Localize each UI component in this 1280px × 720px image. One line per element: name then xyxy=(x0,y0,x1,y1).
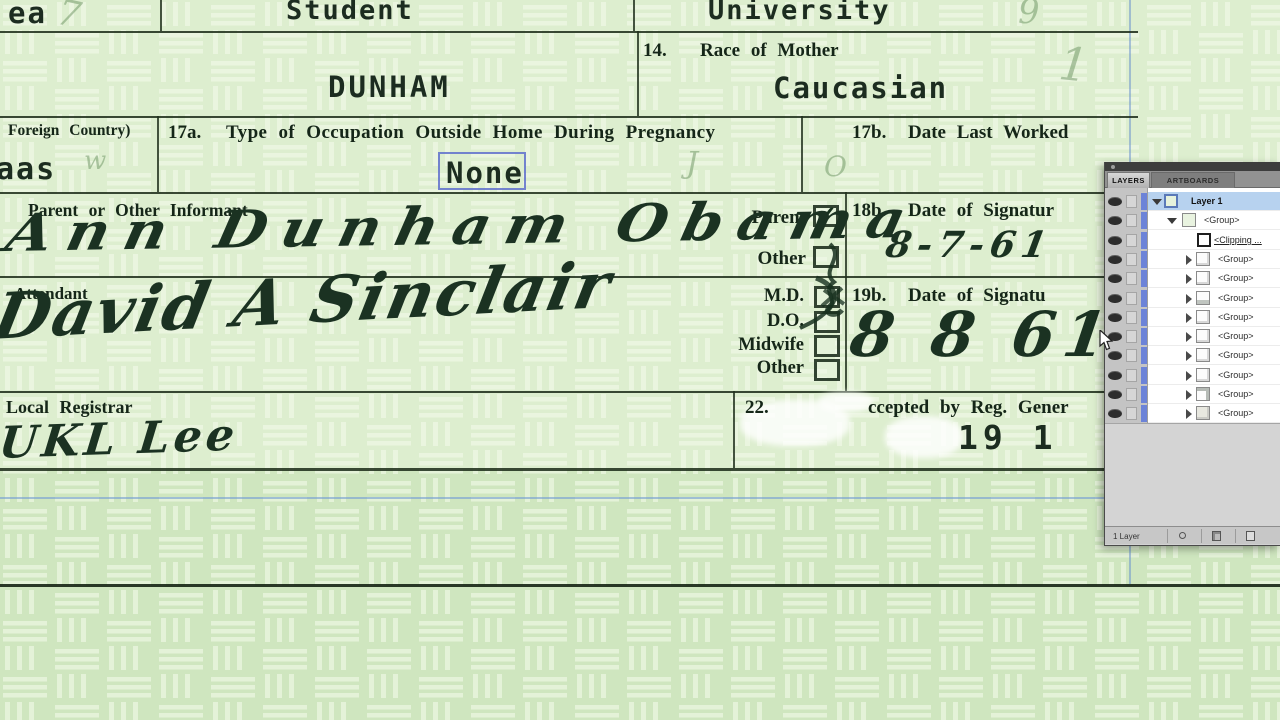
faint-blue-rule xyxy=(0,497,1280,499)
layer-thumbnail[interactable] xyxy=(1196,387,1210,401)
illustrator-canvas: ea Student University DUNHAM Caucasian a… xyxy=(0,0,1280,720)
expand-triangle-icon[interactable] xyxy=(1186,313,1192,323)
race-of-mother-value: Caucasian xyxy=(773,71,948,105)
maiden-name-value: DUNHAM xyxy=(328,70,451,104)
lock-toggle[interactable] xyxy=(1126,369,1137,382)
layer-name[interactable]: Layer 1 xyxy=(1191,196,1223,206)
employer-value: University xyxy=(708,0,891,26)
selection-column-bar xyxy=(1141,232,1147,249)
selection-column-bar xyxy=(1141,193,1147,210)
expand-triangle-icon[interactable] xyxy=(1186,294,1192,304)
expand-triangle-icon[interactable] xyxy=(1186,409,1192,419)
lock-toggle[interactable] xyxy=(1126,195,1137,208)
layer-row[interactable]: <Clipping ... xyxy=(1105,231,1280,250)
panel-tab-bar: LAYERS ARTBOARDS xyxy=(1105,171,1280,188)
lock-toggle[interactable] xyxy=(1126,253,1137,266)
field-22-number: 22. xyxy=(745,397,769,419)
pencil-mark: O xyxy=(824,150,847,183)
field-17b-number: 17b. xyxy=(852,122,886,144)
layer-name[interactable]: <Group> xyxy=(1218,273,1254,283)
occupation-value: Student xyxy=(286,0,414,26)
lock-toggle[interactable] xyxy=(1126,407,1137,420)
layer-row[interactable]: <Group> xyxy=(1105,308,1280,327)
typed-fragment: aas xyxy=(0,152,56,187)
new-layer-button[interactable] xyxy=(1235,529,1265,543)
rule-h5 xyxy=(0,391,1138,393)
date-18b-value: 8-7-61 xyxy=(883,224,1056,266)
layer-thumbnail[interactable] xyxy=(1196,348,1210,362)
visibility-eye-icon[interactable] xyxy=(1108,409,1122,418)
pencil-mark: J xyxy=(686,146,698,181)
layer-row[interactable]: <Group> xyxy=(1105,289,1280,308)
rule-v1 xyxy=(160,0,162,31)
visibility-eye-icon[interactable] xyxy=(1108,274,1122,283)
object-selection-outline xyxy=(438,152,526,190)
visibility-eye-icon[interactable] xyxy=(1108,313,1122,322)
layer-thumbnail[interactable] xyxy=(1196,310,1210,324)
selection-column-bar xyxy=(1141,251,1147,268)
lock-toggle[interactable] xyxy=(1126,234,1137,247)
selection-column-bar xyxy=(1141,212,1147,229)
layer-row[interactable]: <Group> xyxy=(1105,327,1280,346)
layer-name[interactable]: <Group> xyxy=(1218,408,1254,418)
rule-v2 xyxy=(633,0,635,31)
stamp-fragment: 19 1 xyxy=(958,418,1057,457)
rule-h1 xyxy=(0,31,1138,33)
date-19b-value: 8 8 61 xyxy=(846,298,1120,371)
field-17a-number: 17a. xyxy=(168,122,201,144)
visibility-eye-icon[interactable] xyxy=(1108,255,1122,264)
selection-column-bar xyxy=(1141,347,1147,364)
expand-triangle-icon[interactable] xyxy=(1186,255,1192,265)
expand-triangle-icon[interactable] xyxy=(1186,390,1192,400)
visibility-eye-icon[interactable] xyxy=(1108,390,1122,399)
clipping-path-thumbnail[interactable] xyxy=(1197,233,1211,247)
visibility-eye-icon[interactable] xyxy=(1108,197,1122,206)
visibility-eye-icon[interactable] xyxy=(1108,351,1122,360)
layer-name[interactable]: <Group> xyxy=(1218,389,1254,399)
lock-toggle[interactable] xyxy=(1126,349,1137,362)
layer-name[interactable]: <Clipping ... xyxy=(1214,235,1262,245)
selection-column-bar xyxy=(1141,386,1147,403)
layer-name[interactable]: <Group> xyxy=(1218,350,1254,360)
visibility-eye-icon[interactable] xyxy=(1108,371,1122,380)
layer-row[interactable]: <Group> xyxy=(1105,250,1280,269)
accepted-by-label: ccepted by Reg. Gener xyxy=(868,397,1069,419)
midwife-checkbox xyxy=(814,335,840,357)
selection-column-bar xyxy=(1141,405,1147,422)
layer-thumbnail[interactable] xyxy=(1196,329,1210,343)
layer-list-empty-area xyxy=(1105,423,1280,526)
collapse-triangle-icon[interactable] xyxy=(1167,218,1177,224)
field-14-label: Race of Mother xyxy=(700,40,839,62)
make-clipping-mask-button[interactable] xyxy=(1167,529,1197,543)
ink-scribble xyxy=(790,240,860,330)
visibility-eye-icon[interactable] xyxy=(1108,294,1122,303)
pencil-mark: w xyxy=(84,146,106,176)
expand-triangle-icon[interactable] xyxy=(1186,274,1192,284)
layer-thumbnail[interactable] xyxy=(1196,271,1210,285)
layer-thumbnail[interactable] xyxy=(1196,406,1210,420)
layer-row[interactable]: <Group> xyxy=(1105,269,1280,288)
field-18b-label: Date of Signatur xyxy=(908,200,1054,222)
rule-bottom xyxy=(0,584,1280,587)
rule-v7 xyxy=(733,391,735,468)
layer-name[interactable]: <Group> xyxy=(1218,293,1254,303)
foreign-country-label: Foreign Country) xyxy=(8,122,130,140)
field-17b-label: Date Last Worked xyxy=(908,122,1068,144)
visibility-eye-icon[interactable] xyxy=(1108,216,1122,225)
expand-triangle-icon[interactable] xyxy=(1186,351,1192,361)
rule-h6 xyxy=(0,468,1138,471)
md-option-label: M.D. xyxy=(640,286,804,307)
other2-checkbox xyxy=(814,359,840,381)
pencil-mark: 9 xyxy=(1018,0,1040,32)
layer-row[interactable]: <Group> xyxy=(1105,211,1280,230)
do-option-label: D.O. xyxy=(640,311,804,332)
tab-layers[interactable]: LAYERS xyxy=(1107,172,1150,188)
collapse-triangle-icon[interactable] xyxy=(1152,199,1162,205)
visibility-eye-icon[interactable] xyxy=(1108,236,1122,245)
field-14-number: 14. xyxy=(643,40,667,62)
layer-name[interactable]: <Group> xyxy=(1218,312,1254,322)
lock-toggle[interactable] xyxy=(1126,330,1137,343)
other2-option-label: Other xyxy=(640,358,804,379)
tab-artboards[interactable]: ARTBOARDS xyxy=(1151,172,1235,188)
selection-column-bar xyxy=(1141,309,1147,326)
erased-area xyxy=(818,392,873,412)
selection-column-bar xyxy=(1141,270,1147,287)
registrar-signature: UKL Lee xyxy=(0,410,241,469)
layer-row[interactable]: <Group> xyxy=(1105,385,1280,404)
new-sublayer-button[interactable] xyxy=(1201,529,1231,543)
midwife-option-label: Midwife xyxy=(640,335,804,356)
layer-thumbnail[interactable] xyxy=(1182,213,1196,227)
layer-count-text: 1 Layer xyxy=(1113,532,1140,541)
panel-grip-dot xyxy=(1111,165,1115,169)
lock-toggle[interactable] xyxy=(1126,311,1137,324)
selection-column-bar xyxy=(1141,290,1147,307)
lock-toggle[interactable] xyxy=(1126,272,1137,285)
lock-toggle[interactable] xyxy=(1126,214,1137,227)
rule-v3 xyxy=(637,31,639,116)
field-17a-label: Type of Occupation Outside Home During P… xyxy=(226,122,715,144)
panel-titlebar[interactable] xyxy=(1105,162,1280,171)
mouse-cursor xyxy=(1098,330,1114,352)
lock-toggle[interactable] xyxy=(1126,292,1137,305)
expand-triangle-icon[interactable] xyxy=(1186,332,1192,342)
layer-name[interactable]: <Group> xyxy=(1204,215,1240,225)
erased-area xyxy=(885,416,963,458)
rule-v5 xyxy=(801,116,803,192)
layer-thumbnail[interactable] xyxy=(1196,252,1210,266)
layer-thumbnail[interactable] xyxy=(1196,291,1210,305)
layer-thumbnail[interactable] xyxy=(1164,194,1178,208)
layer-row[interactable]: <Group> xyxy=(1105,346,1280,365)
layer-name[interactable]: <Group> xyxy=(1218,254,1254,264)
selection-column-bar xyxy=(1141,367,1147,384)
rule-h2 xyxy=(0,116,1138,118)
panel-status-bar: 1 Layer xyxy=(1105,526,1280,544)
typed-fragment: ea xyxy=(8,0,47,30)
pencil-mark: 1 xyxy=(1056,36,1091,93)
rule-v4 xyxy=(157,116,159,192)
lock-toggle[interactable] xyxy=(1126,388,1137,401)
layer-row[interactable]: <Group> xyxy=(1105,366,1280,385)
selection-column-bar xyxy=(1141,328,1147,345)
layers-panel: LAYERS ARTBOARDS Layer 1 <Gro xyxy=(1104,162,1280,546)
layer-thumbnail[interactable] xyxy=(1196,368,1210,382)
layer-row[interactable]: <Group> xyxy=(1105,404,1280,423)
expand-triangle-icon[interactable] xyxy=(1186,371,1192,381)
layer-name[interactable]: <Group> xyxy=(1218,331,1254,341)
layer-name[interactable]: <Group> xyxy=(1218,370,1254,380)
layer-row[interactable]: Layer 1 xyxy=(1105,192,1280,211)
